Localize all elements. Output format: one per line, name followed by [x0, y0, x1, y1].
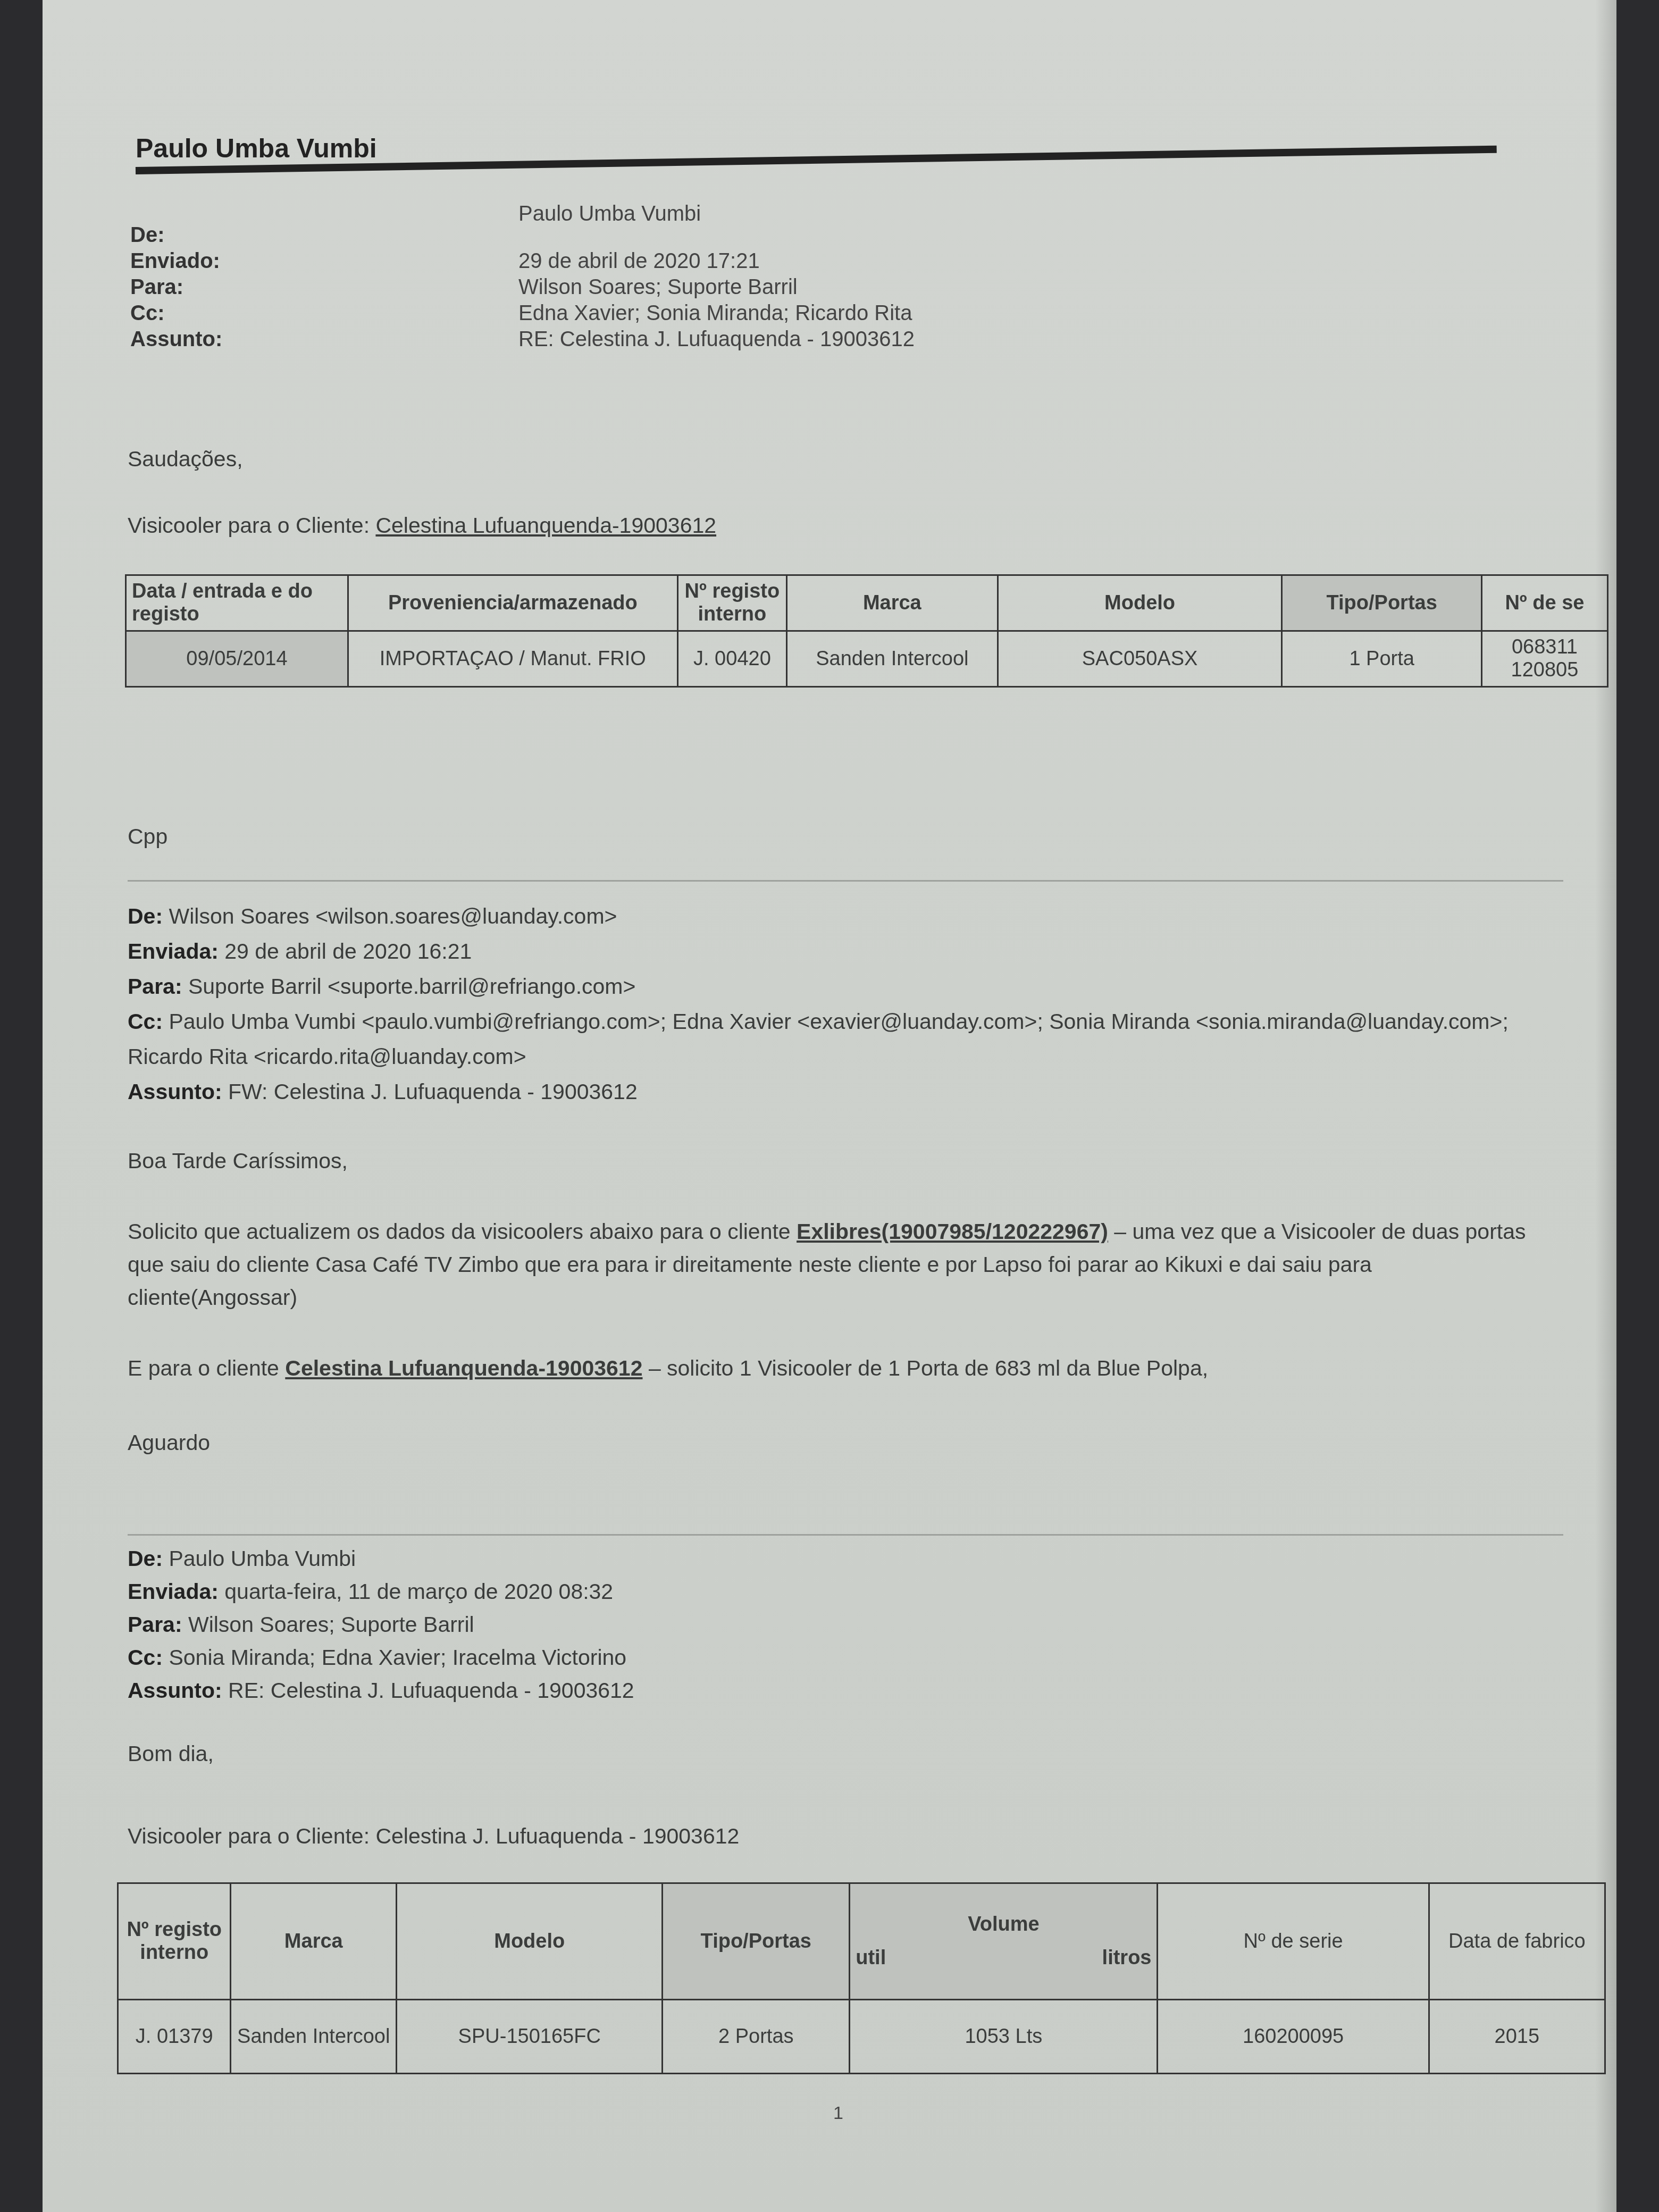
meta-label: Para: — [128, 974, 182, 999]
col-header-volume: Volume util litros — [850, 1883, 1158, 2000]
meta-value: Suporte Barril <suporte.barril@refriango… — [182, 974, 636, 999]
volume-label: Volume — [856, 1913, 1151, 1936]
meta-label: De: — [128, 904, 163, 928]
page-number: 1 — [833, 2103, 843, 2124]
table-header-row: Nº registo interno Marca Modelo Tipo/Por… — [118, 1883, 1605, 2000]
intro-1: Visicooler para o Cliente: Celestina Luf… — [128, 513, 716, 538]
meta-label: De: — [128, 1546, 163, 1571]
cell: IMPORTAÇAO / Manut. FRIO — [348, 631, 677, 687]
col-header: Modelo — [397, 1883, 663, 2000]
cell: 2015 — [1429, 2000, 1605, 2074]
table-header-row: Data / entrada e do registo Proveniencia… — [126, 575, 1608, 631]
email-header-fields: De: Paulo Umba Vumbi Enviado: 29 de abri… — [130, 202, 1263, 351]
meta-value: Sonia Miranda; Edna Xavier; Iracelma Vic… — [163, 1645, 626, 1670]
sent-value: 29 de abril de 2020 17:21 — [518, 249, 1263, 273]
intro-1-prefix: Visicooler para o Cliente: — [128, 513, 375, 538]
greeting-3: Bom dia, — [128, 1741, 214, 1766]
meta-label: Enviada: — [128, 1579, 219, 1604]
para-text: Solicito que actualizem os dados da visi… — [128, 1219, 797, 1244]
col-header: Proveniencia/armazenado — [348, 575, 677, 631]
table-row: 09/05/2014 IMPORTAÇAO / Manut. FRIO J. 0… — [126, 631, 1608, 687]
meta-value: FW: Celestina J. Lufuaquenda - 19003612 — [222, 1079, 638, 1104]
cell: 2 Portas — [663, 2000, 850, 2074]
meta-value: RE: Celestina J. Lufuaquenda - 19003612 — [222, 1678, 634, 1703]
para-text: – solicito 1 Visicooler de 1 Porta de 68… — [642, 1356, 1208, 1380]
client-link-celestina[interactable]: Celestina Lufuanquenda-19003612 — [285, 1356, 642, 1380]
col-header: Data de fabrico — [1429, 1883, 1605, 2000]
email-meta-3: De: Paulo Umba Vumbi Enviada: quarta-fei… — [128, 1542, 634, 1707]
table-row: J. 01379 Sanden Intercool SPU-150165FC 2… — [118, 2000, 1605, 2074]
meta-value: Wilson Soares; Suporte Barril — [182, 1612, 474, 1637]
col-header: Tipo/Portas — [663, 1883, 850, 2000]
col-header: Tipo/Portas — [1282, 575, 1481, 631]
intro-3: Visicooler para o Cliente: Celestina J. … — [128, 1824, 739, 1849]
meta-label: Assunto: — [128, 1079, 222, 1104]
from-label: De: — [130, 223, 518, 247]
to-value: Wilson Soares; Suporte Barril — [518, 275, 1263, 299]
cell: 1053 Lts — [850, 2000, 1158, 2074]
meta-value: Paulo Umba Vumbi — [163, 1546, 356, 1571]
meta-label: Enviada: — [128, 939, 219, 963]
cell: SAC050ASX — [998, 631, 1282, 687]
meta-label: Para: — [128, 1612, 182, 1637]
cell: 160200095 — [1158, 2000, 1429, 2074]
meta-label: Assunto: — [128, 1678, 222, 1703]
cell: Sanden Intercool — [787, 631, 998, 687]
sent-label: Enviado: — [130, 249, 518, 273]
cell: 1 Porta — [1282, 631, 1481, 687]
meta-value: quarta-feira, 11 de março de 2020 08:32 — [219, 1579, 613, 1604]
visicooler-table-2: Nº registo interno Marca Modelo Tipo/Por… — [117, 1882, 1606, 2074]
client-link-1[interactable]: Celestina Lufuanquenda-19003612 — [375, 513, 716, 538]
volume-sub-litros: litros — [1102, 1947, 1152, 1970]
cell: SPU-150165FC — [397, 2000, 663, 2074]
cc-label: Cc: — [130, 301, 518, 325]
col-header: Nº de serie — [1158, 1883, 1429, 2000]
meta-value: Paulo Umba Vumbi <paulo.vumbi@refriango.… — [128, 1009, 1509, 1069]
volume-sub-util: util — [856, 1947, 886, 1970]
cell: 068311 120805 — [1481, 631, 1607, 687]
col-header: Nº de se — [1481, 575, 1607, 631]
subject-label: Assunto: — [130, 328, 518, 351]
signoff-1: Cpp — [128, 824, 167, 849]
meta-label: Cc: — [128, 1009, 163, 1034]
cell: J. 01379 — [118, 2000, 231, 2074]
sender-header: Paulo Umba Vumbi — [136, 133, 1497, 174]
document-page: Paulo Umba Vumbi De: Paulo Umba Vumbi En… — [43, 0, 1616, 2212]
greeting-1: Saudações, — [128, 447, 243, 472]
cc-value: Edna Xavier; Sonia Miranda; Ricardo Rita — [518, 301, 1263, 325]
cell: 09/05/2014 — [126, 631, 348, 687]
client-link-exlibres[interactable]: Exlibres(19007985/120222967) — [797, 1219, 1108, 1244]
meta-label: Cc: — [128, 1645, 163, 1670]
col-header: Marca — [231, 1883, 397, 2000]
paragraph-1: Solicito que actualizem os dados da visi… — [128, 1215, 1542, 1314]
divider — [128, 880, 1563, 882]
signoff-2: Aguardo — [128, 1430, 210, 1455]
col-header: Nº registo interno — [677, 575, 786, 631]
greeting-2: Boa Tarde Caríssimos, — [128, 1149, 348, 1174]
page-shadow — [1595, 0, 1616, 2212]
email-meta-2: De: Wilson Soares <wilson.soares@luanday… — [128, 899, 1510, 1109]
meta-value: Wilson Soares <wilson.soares@luanday.com… — [163, 904, 617, 928]
cell: Sanden Intercool — [231, 2000, 397, 2074]
paragraph-2: E para o cliente Celestina Lufuanquenda-… — [128, 1356, 1542, 1381]
col-header: Data / entrada e do registo — [126, 575, 348, 631]
col-header: Modelo — [998, 575, 1282, 631]
divider — [128, 1534, 1563, 1536]
para-text: E para o cliente — [128, 1356, 285, 1380]
subject-value: RE: Celestina J. Lufuaquenda - 19003612 — [518, 328, 1263, 351]
visicooler-table-1: Data / entrada e do registo Proveniencia… — [125, 574, 1608, 688]
cell: J. 00420 — [677, 631, 786, 687]
to-label: Para: — [130, 275, 518, 299]
meta-value: 29 de abril de 2020 16:21 — [219, 939, 472, 963]
col-header: Nº registo interno — [118, 1883, 231, 2000]
from-value: Paulo Umba Vumbi — [518, 202, 1263, 247]
col-header: Marca — [787, 575, 998, 631]
